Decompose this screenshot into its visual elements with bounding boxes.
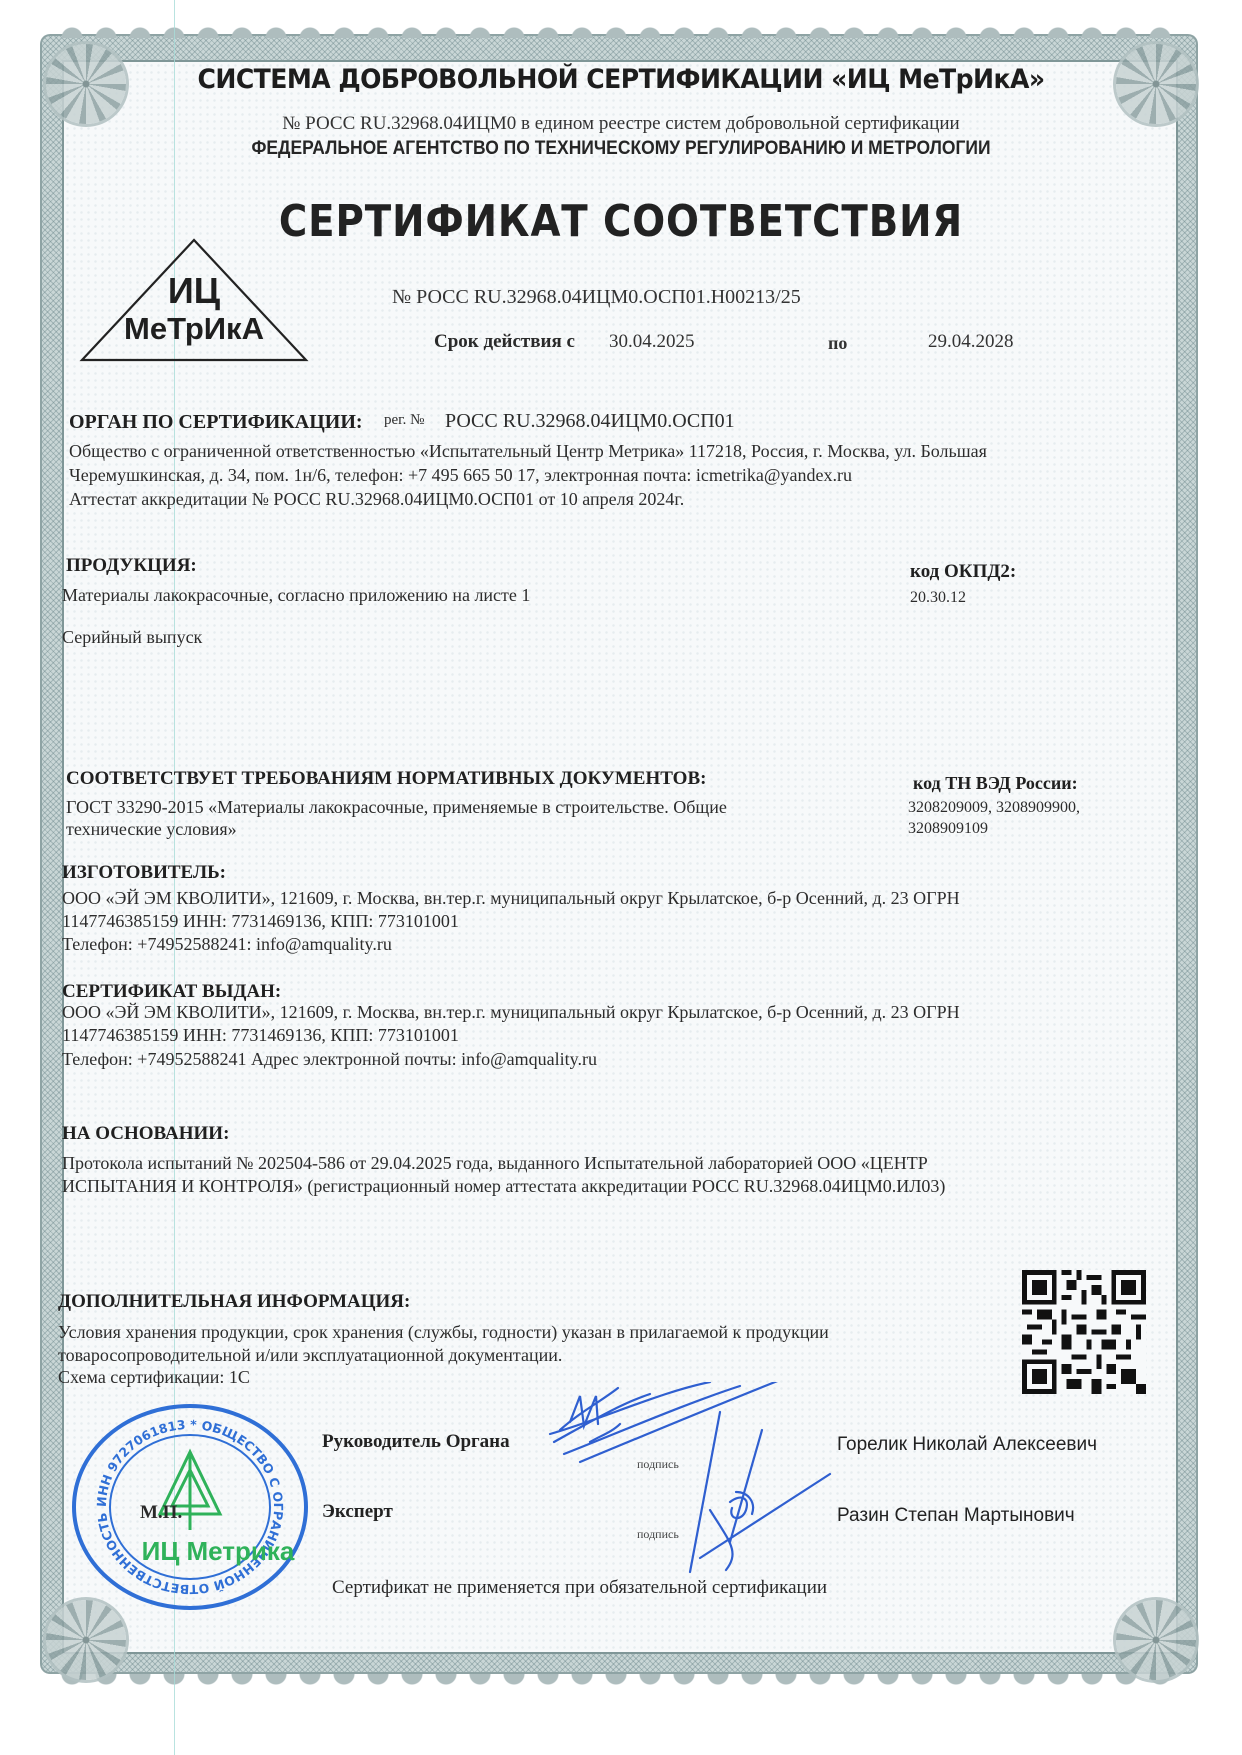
manufacturer-line: 1147746385159 ИНН: 7731469136, КПП: 7731… <box>62 911 459 932</box>
certification-scheme: Схема сертификации: 1С <box>58 1367 250 1388</box>
tnved-codes: 3208909109 <box>908 820 988 838</box>
standard-line: технические условия» <box>66 819 237 840</box>
valid-from-date: 30.04.2025 <box>609 331 695 353</box>
qr-code[interactable] <box>1022 1270 1146 1394</box>
border-scallop-bottom <box>60 1674 1178 1690</box>
logo-text-bottom: МеТрИкА <box>76 311 312 347</box>
additional-info-line: Условия хранения продукции, срок хранени… <box>58 1322 829 1343</box>
release-type: Серийный выпуск <box>62 627 202 648</box>
expert-name: Разин Степан Мартынович <box>837 1505 1075 1527</box>
certification-body-line: Общество с ограниченной ответственностью… <box>69 441 987 462</box>
issued-to-line: 1147746385159 ИНН: 7731469136, КПП: 7731… <box>62 1025 459 1046</box>
validity-label: Срок действия с <box>434 331 575 353</box>
expert-role-label: Эксперт <box>322 1501 393 1523</box>
additional-info-line: товаросопроводительной и/или эксплуатаци… <box>58 1345 562 1366</box>
issued-to-contact: Телефон: +74952588241 Адрес электронной … <box>62 1049 597 1070</box>
organization-stamp: ИНН 9727061813 * ОБЩЕСТВО С ОГРАНИЧЕННОЙ… <box>68 1402 312 1612</box>
accreditation-line: Аттестат аккредитации № РОСС RU.32968.04… <box>69 489 684 510</box>
basis-line: ИСПЫТАНИЯ И КОНТРОЛЯ» (регистрационный н… <box>62 1176 945 1197</box>
validity-to-label: по <box>828 333 847 354</box>
product-heading: ПРОДУКЦИЯ: <box>66 555 197 577</box>
manufacturer-line: ООО «ЭЙ ЭМ КВОЛИТИ», 121609, г. Москва, … <box>62 888 960 909</box>
footer-note: Сертификат не применяется при обязательн… <box>332 1577 827 1599</box>
system-registration: № РОСС RU.32968.04ИЦМ0 в едином реестре … <box>0 113 1242 135</box>
corner-rosette-icon <box>1116 1600 1196 1680</box>
certification-body-line: Черемушкинская, д. 34, пом. 1н/6, телефо… <box>69 465 852 486</box>
corner-rosette-icon <box>46 1600 126 1680</box>
certification-body-reg-number: РОСС RU.32968.04ИЦМ0.ОСП01 <box>445 410 735 433</box>
head-name: Горелик Николай Алексеевич <box>837 1434 1097 1456</box>
stamp-place-label: М.П. <box>140 1502 182 1524</box>
agency-name: ФЕДЕРАЛЬНОЕ АГЕНТСТВО ПО ТЕХНИЧЕСКОМУ РЕ… <box>50 138 1193 160</box>
tnved-codes: 3208209009, 3208909900, <box>908 799 1080 817</box>
compliance-heading: СООТВЕТСТВУЕТ ТРЕБОВАНИЯМ НОРМАТИВНЫХ ДО… <box>66 768 706 790</box>
standard-line: ГОСТ 33290-2015 «Материалы лакокрасочные… <box>66 797 727 818</box>
stamp-ring-text: ИНН 9727061813 * ОБЩЕСТВО С ОГРАНИЧЕННОЙ… <box>68 1402 286 1597</box>
basis-line: Протокола испытаний № 202504-586 от 29.0… <box>62 1153 928 1174</box>
certificate-page: СИСТЕМА ДОБРОВОЛЬНОЙ СЕРТИФИКАЦИИ «ИЦ Ме… <box>0 0 1242 1755</box>
handwritten-signature-icon <box>540 1382 840 1582</box>
system-title: СИСТЕМА ДОБРОВОЛЬНОЙ СЕРТИФИКАЦИИ «ИЦ Ме… <box>43 64 1198 95</box>
certificate-number: № РОСС RU.32968.04ИЦМ0.ОСП01.Н00213/25 <box>392 286 801 309</box>
border-scallop-top <box>60 22 1178 38</box>
issued-to-heading: СЕРТИФИКАТ ВЫДАН: <box>62 981 281 1003</box>
okpd2-value: 20.30.12 <box>910 589 966 607</box>
tnved-label: код ТН ВЭД России: <box>913 773 1078 794</box>
manufacturer-contact: Телефон: +74952588241: info@amquality.ru <box>62 934 392 955</box>
logo-text-top: ИЦ <box>76 270 312 312</box>
manufacturer-heading: ИЗГОТОВИТЕЛЬ: <box>62 862 226 884</box>
product-description: Материалы лакокрасочные, согласно прилож… <box>62 585 530 606</box>
reg-label: рег. № <box>384 412 424 429</box>
basis-heading: НА ОСНОВАНИИ: <box>62 1123 229 1145</box>
certification-body-heading: ОРГАН ПО СЕРТИФИКАЦИИ: <box>69 411 363 434</box>
head-role-label: Руководитель Органа <box>322 1431 510 1453</box>
issued-to-line: ООО «ЭЙ ЭМ КВОЛИТИ», 121609, г. Москва, … <box>62 1002 960 1023</box>
valid-to-date: 29.04.2028 <box>928 331 1014 353</box>
additional-info-heading: ДОПОЛНИТЕЛЬНАЯ ИНФОРМАЦИЯ: <box>58 1291 410 1313</box>
metrika-logo: ИЦ МеТрИкА <box>76 236 312 364</box>
okpd2-label: код ОКПД2: <box>910 561 1016 583</box>
stamp-center-text: ИЦ Метрика <box>142 1536 295 1566</box>
